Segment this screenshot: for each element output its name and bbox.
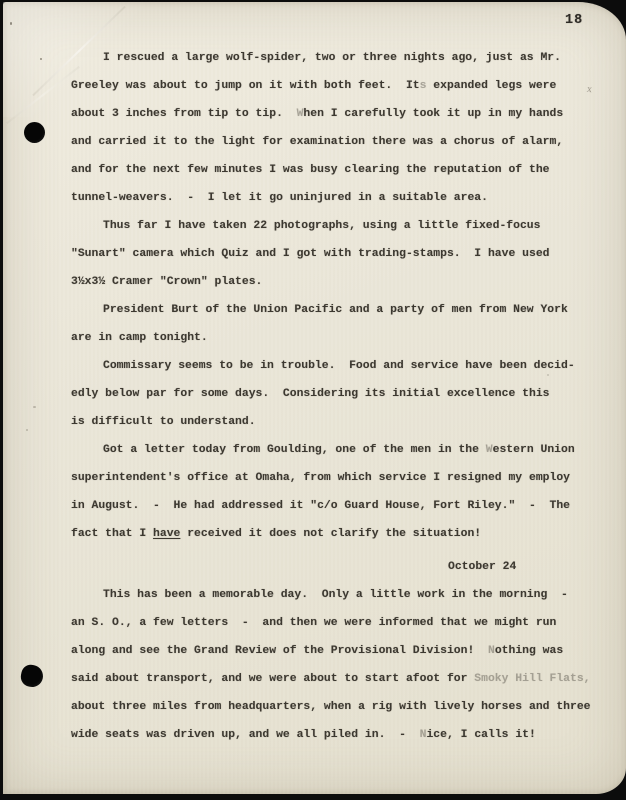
typed-line: This has been a memorable day. Only a li… (71, 581, 616, 609)
paper-speck (26, 429, 28, 431)
paper-speck (40, 58, 42, 60)
date-heading: October 24 (71, 553, 616, 581)
paper-crease (6, 66, 80, 124)
typed-lines: I rescued a large wolf-spider, two or th… (71, 44, 616, 749)
typed-line: Got a letter today from Goulding, one of… (71, 436, 616, 464)
typed-line: Thus far I have taken 22 photographs, us… (71, 212, 616, 240)
typed-line: about three miles from headquarters, whe… (71, 693, 616, 721)
page-number: 18 (565, 13, 583, 28)
typed-line: about 3 inches from tip to tip. When I c… (71, 100, 616, 128)
typed-line: President Burt of the Union Pacific and … (71, 296, 616, 324)
typed-line: said about transport, and we were about … (71, 665, 616, 693)
punch-hole-bottom-icon (19, 663, 45, 689)
typed-line: superintendent's office at Omaha, from w… (71, 464, 616, 492)
typed-line: along and see the Grand Review of the Pr… (71, 637, 616, 665)
typed-line: edly below par for some days. Considerin… (71, 380, 616, 408)
scan-background: 18 x I rescued a large wolf-spider, two … (0, 0, 626, 800)
typed-line: Greeley was about to jump on it with bot… (71, 72, 616, 100)
paper-speck (33, 406, 36, 408)
typed-line: is difficult to understand. (71, 408, 616, 436)
typed-line: are in camp tonight. (71, 324, 616, 352)
paper-speck (10, 22, 12, 25)
typed-line: fact that I have received it does not cl… (71, 520, 616, 548)
typed-line: in August. - He had addressed it "c/o Gu… (71, 492, 616, 520)
typed-line: and for the next few minutes I was busy … (71, 156, 616, 184)
typed-line: "Sunart" camera which Quiz and I got wit… (71, 240, 616, 268)
typed-line: an S. O., a few letters - and then we we… (71, 609, 616, 637)
typed-line: Commissary seems to be in trouble. Food … (71, 352, 616, 380)
punch-hole-top-icon (24, 122, 45, 143)
journal-page: 18 x I rescued a large wolf-spider, two … (3, 2, 626, 794)
typed-line: wide seats was driven up, and we all pil… (71, 721, 616, 749)
typed-line: and carried it to the light for examinat… (71, 128, 616, 156)
typed-line: tunnel-weavers. - I let it go uninjured … (71, 184, 616, 212)
typed-line: 3½x3½ Cramer "Crown" plates. (71, 268, 616, 296)
typed-line: I rescued a large wolf-spider, two or th… (71, 44, 616, 72)
